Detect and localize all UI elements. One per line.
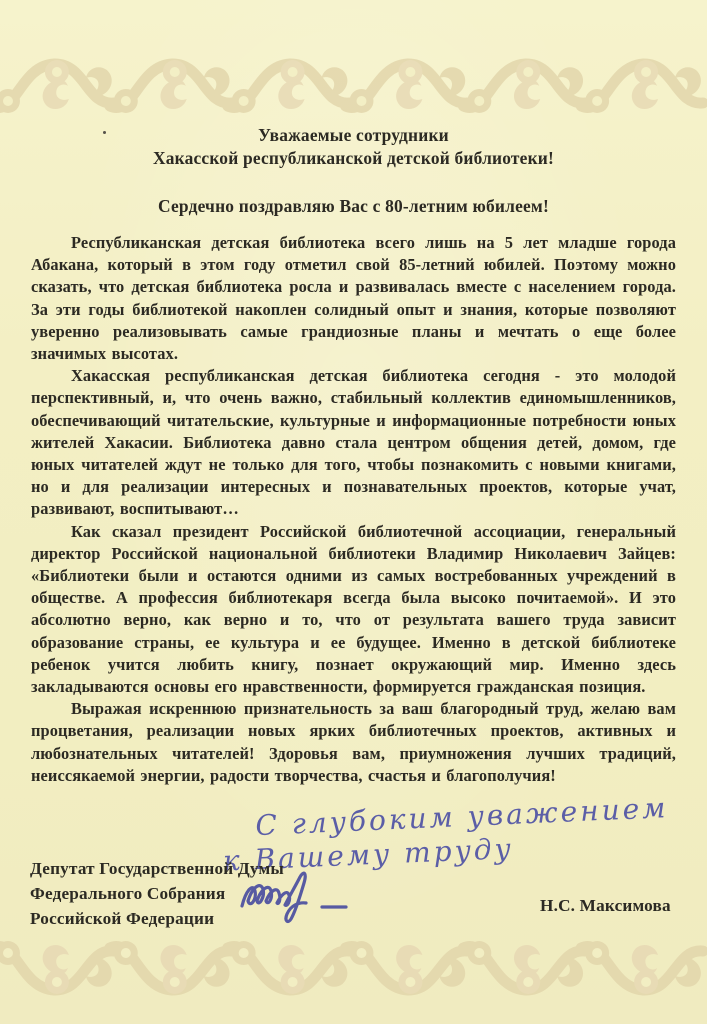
paragraphs: Республиканская детская библиотека всего… [31, 232, 676, 787]
sender-name: Н.С. Максимова [540, 896, 671, 916]
greeting-line: Сердечно поздравляю Вас с 80-летним юбил… [31, 196, 676, 217]
paragraph-4: Выражая искреннюю признательность за ваш… [31, 698, 676, 787]
sender-title-line-3: Российской Федерации [30, 906, 284, 931]
salutation-line-2: Хакасской республиканской детской библио… [31, 147, 676, 170]
sender-title-line-2: Федерального Собрания [30, 881, 284, 906]
letter-document: Уважаемые сотрудники Хакасской республик… [0, 0, 707, 1024]
paragraph-1: Республиканская детская библиотека всего… [31, 232, 676, 365]
ornament-frieze-top [0, 50, 707, 122]
paragraph-2: Хакасская республиканская детская библио… [31, 365, 676, 520]
salutation: Уважаемые сотрудники Хакасской республик… [31, 124, 676, 170]
sender-title-line-1: Депутат Государственной Думы [30, 856, 284, 881]
salutation-line-1: Уважаемые сотрудники [31, 124, 676, 147]
sender-title-block: Депутат Государственной Думы Федеральног… [30, 856, 284, 931]
paragraph-3: Как сказал президент Российской библиоте… [31, 521, 676, 699]
ornament-frieze-bottom [0, 932, 707, 1004]
letter-body: Уважаемые сотрудники Хакасской республик… [31, 124, 676, 787]
